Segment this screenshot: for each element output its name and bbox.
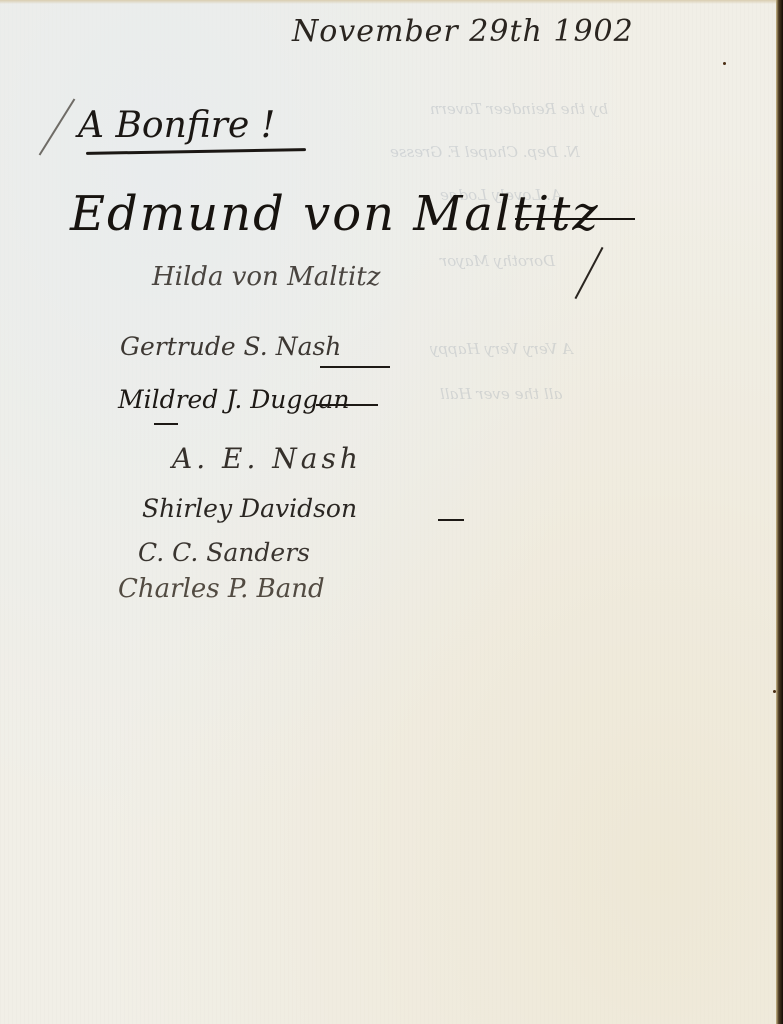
ink-speck — [723, 62, 726, 65]
signature-underline — [154, 423, 178, 425]
bleed-through-text: all the ever Hall — [440, 385, 562, 403]
entry-title: A Bonfire ! — [78, 105, 275, 146]
signature-charles-band: Charles P. Band — [118, 574, 325, 604]
title-flourish — [39, 98, 76, 155]
signature-edmund-von-maltitz: Edmund von Maltitz — [70, 186, 600, 242]
signature-crossbar — [515, 218, 635, 220]
signature-cc-sanders: C. C. Sanders — [138, 538, 310, 567]
signature-flourish — [575, 247, 604, 299]
bleed-through-text: Dorothy Mayor — [440, 252, 555, 270]
book-spine-edge — [776, 0, 783, 1024]
bleed-through-text: N. Dep. Chapel F. Gresse — [390, 143, 580, 161]
guestbook-page: by the Reindeer Tavern N. Dep. Chapel F.… — [0, 0, 776, 1024]
signature-shirley-davidson: Shirley Davidson — [142, 494, 357, 523]
signature-underline — [438, 519, 464, 521]
signature-hilda-von-maltitz: Hilda von Maltitz — [152, 262, 380, 292]
signature-underline — [316, 404, 378, 406]
signature-mildred-duggan: Mildred J. Duggan — [118, 385, 349, 414]
title-underline — [86, 148, 306, 155]
signature-gertrude-nash: Gertrude S. Nash — [120, 332, 341, 361]
bleed-through-text: A Very Very Happy — [430, 340, 573, 358]
bleed-through-text: by the Reindeer Tavern — [430, 100, 608, 118]
signature-ae-nash: A. E. Nash — [172, 442, 362, 475]
signature-underline — [320, 366, 390, 368]
page-top-edge — [0, 0, 776, 4]
entry-date: November 29th 1902 — [292, 14, 634, 49]
